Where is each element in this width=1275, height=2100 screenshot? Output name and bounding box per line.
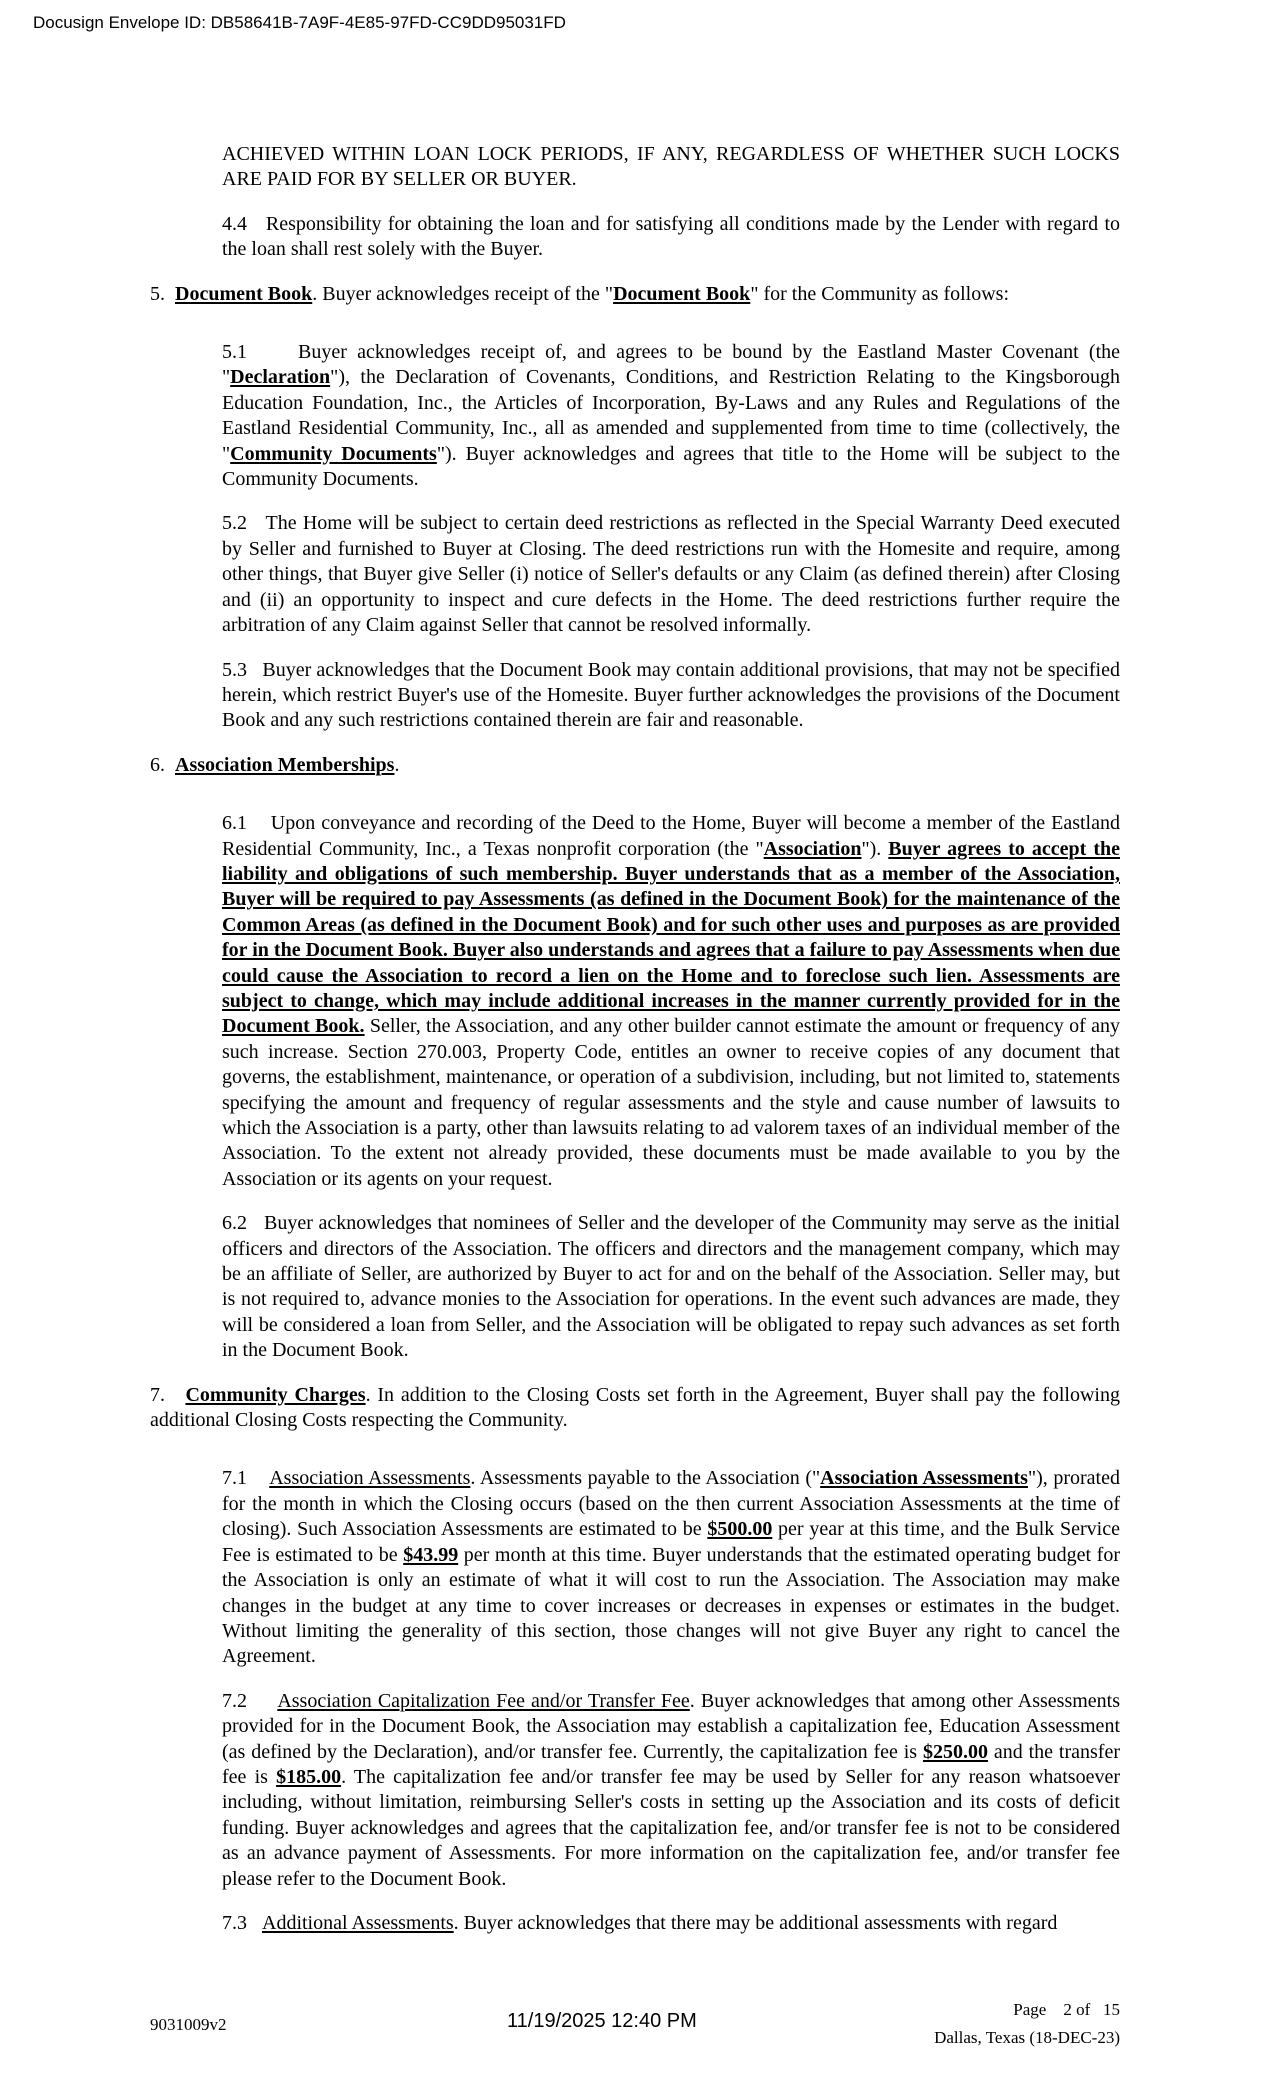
- text-run: Community Charges: [185, 1384, 365, 1406]
- text-run: $43.99: [403, 1544, 458, 1566]
- section-5-heading: 5. Document Book. Buyer acknowledges rec…: [150, 282, 1120, 307]
- text-run: ").: [861, 838, 888, 860]
- para-loan-lock-continuation: ACHIEVED WITHIN LOAN LOCK PERIODS, IF AN…: [222, 142, 1120, 193]
- text-run: . Buyer acknowledges receipt of the ": [312, 283, 613, 305]
- text-run: 5.2 The Home will be subject to certain …: [222, 512, 1120, 636]
- para-7-1: 7.1 Association Assessments. Assessments…: [222, 1466, 1120, 1669]
- text-run: 4.4 Responsibility for obtaining the loa…: [222, 213, 1120, 260]
- text-run: 6.: [150, 754, 175, 776]
- text-run: . Assessments payable to the Association…: [470, 1467, 820, 1489]
- document-body: ACHIEVED WITHIN LOAN LOCK PERIODS, IF AN…: [150, 142, 1120, 1955]
- text-run: $185.00: [276, 1766, 341, 1788]
- text-run: $500.00: [707, 1518, 772, 1540]
- footer-right-block: Page 2 of 15 Dallas, Texas (18-DEC-23): [934, 1996, 1120, 2052]
- para-6-1: 6.1 Upon conveyance and recording of the…: [222, 811, 1120, 1192]
- text-run: Additional Assessments: [262, 1912, 454, 1934]
- para-5-3: 5.3 Buyer acknowledges that the Document…: [222, 658, 1120, 734]
- para-5-2: 5.2 The Home will be subject to certain …: [222, 511, 1120, 638]
- text-run: 7.3: [222, 1912, 262, 1934]
- text-run: 7.1: [222, 1467, 269, 1489]
- para-4-4: 4.4 Responsibility for obtaining the loa…: [222, 212, 1120, 263]
- text-run: Association Assessments: [820, 1467, 1028, 1489]
- text-run: 7.2: [222, 1690, 277, 1712]
- para-7-3: 7.3 Additional Assessments. Buyer acknow…: [222, 1911, 1120, 1936]
- text-run: 5.: [150, 283, 175, 305]
- text-run: 5.3 Buyer acknowledges that the Document…: [222, 659, 1120, 732]
- footer-location-label: Dallas, Texas (18-DEC-23): [934, 2024, 1120, 2052]
- section-7-heading: 7. Community Charges. In addition to the…: [150, 1383, 1120, 1434]
- text-run: Seller, the Association, and any other b…: [222, 1015, 1120, 1189]
- text-run: ACHIEVED WITHIN LOAN LOCK PERIODS, IF AN…: [222, 143, 1120, 190]
- text-run: Association Capitalization Fee and/or Tr…: [277, 1690, 689, 1712]
- text-run: " for the Community as follows:: [750, 283, 1009, 305]
- para-5-1: 5.1 Buyer acknowledges receipt of, and a…: [222, 340, 1120, 492]
- text-run: Document Book: [175, 283, 312, 305]
- docusign-envelope-id: Docusign Envelope ID: DB58641B-7A9F-4E85…: [33, 13, 566, 33]
- document-page: Docusign Envelope ID: DB58641B-7A9F-4E85…: [0, 0, 1275, 2100]
- footer-page-label: Page 2 of 15: [934, 1996, 1120, 2024]
- text-run: . The capitalization fee and/or transfer…: [222, 1766, 1120, 1890]
- text-run: .: [394, 754, 399, 776]
- text-run: $250.00: [923, 1741, 988, 1763]
- text-run: Association Assessments: [269, 1467, 470, 1489]
- footer-doc-number: 9031009v2: [150, 2015, 227, 2035]
- text-run: Association Memberships: [175, 754, 394, 776]
- text-run: . Buyer acknowledges that there may be a…: [454, 1912, 1058, 1934]
- para-6-2: 6.2 Buyer acknowledges that nominees of …: [222, 1211, 1120, 1363]
- text-run: Association: [764, 838, 862, 860]
- para-7-2: 7.2 Association Capitalization Fee and/o…: [222, 1689, 1120, 1892]
- text-run: 6.2 Buyer acknowledges that nominees of …: [222, 1212, 1120, 1361]
- text-run: Declaration: [230, 366, 330, 388]
- footer-timestamp: 11/19/2025 12:40 PM: [507, 2010, 697, 2033]
- text-run: Document Book: [613, 283, 750, 305]
- section-6-heading: 6. Association Memberships.: [150, 753, 1120, 778]
- text-run: Community Documents: [230, 443, 437, 465]
- text-run: 7.: [150, 1384, 185, 1406]
- text-run: Buyer agrees to accept the liability and…: [222, 838, 1120, 1038]
